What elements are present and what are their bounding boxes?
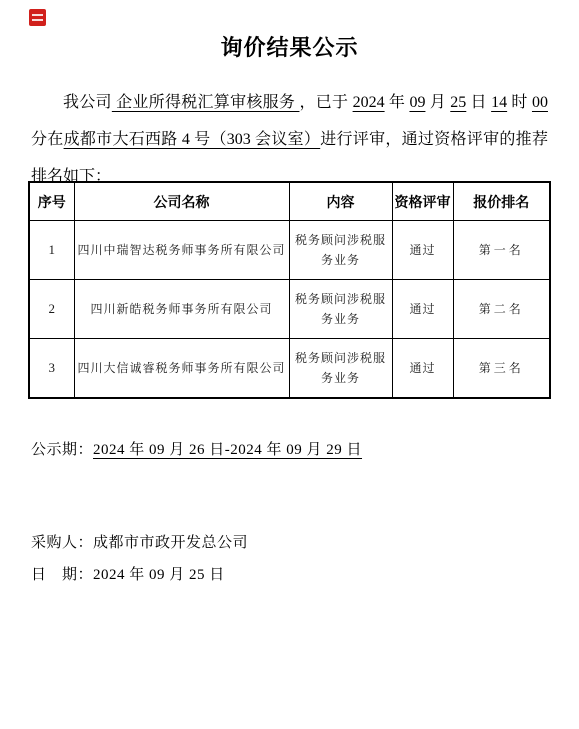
table-header-row: 序号 公司名称 内容 资格评审 报价排名: [29, 182, 550, 221]
intro-paragraph: 我公司 企业所得税汇算审核服务 ，已于 2024 年 09 月 25 日 14 …: [31, 84, 548, 195]
paragraph-segment: 日: [466, 94, 491, 111]
page-title: 询价结果公示: [0, 31, 579, 62]
publicity-period-line: 公示期：2024 年 09 月 26 日-2024 年 09 月 29 日: [31, 438, 362, 459]
paragraph-segment-underlined: 14: [491, 94, 507, 111]
paragraph-segment: 时: [507, 94, 532, 111]
purchaser-label: 采购人：: [31, 535, 93, 551]
paragraph-segment: ，已于: [299, 94, 352, 111]
cell-serial-number: 2: [29, 280, 74, 339]
cell-content: 税务顾问涉税服务业务: [289, 280, 392, 339]
cell-rank: 第三名: [453, 339, 550, 399]
cell-company-name: 四川大信诚睿税务师事务所有限公司: [74, 339, 289, 399]
cell-serial-number: 3: [29, 339, 74, 399]
paragraph-segment-underlined: 企业所得税汇算审核服务: [112, 94, 300, 111]
cell-qualification: 通过: [392, 339, 453, 399]
table-row: 2 四川新皓税务师事务所有限公司 税务顾问涉税服务业务 通过 第二名: [29, 280, 550, 339]
header-company-name: 公司名称: [74, 182, 289, 221]
table-row: 3 四川大信诚睿税务师事务所有限公司 税务顾问涉税服务业务 通过 第三名: [29, 339, 550, 399]
table-row: 1 四川中瑞智达税务师事务所有限公司 税务顾问涉税服务业务 通过 第一名: [29, 221, 550, 280]
publicity-period-value: 2024 年 09 月 26 日-2024 年 09 月 29 日: [93, 442, 362, 458]
paragraph-segment-underlined: 25: [450, 94, 466, 111]
header-content: 内容: [289, 182, 392, 221]
date-label: 日 期：: [31, 567, 93, 583]
paragraph-segment: 月: [425, 94, 450, 111]
purchaser-value: 成都市市政开发总公司: [93, 535, 248, 551]
cell-content: 税务顾问涉税服务业务: [289, 221, 392, 280]
cell-qualification: 通过: [392, 221, 453, 280]
paragraph-segment-underlined: 成都市大石西路 4 号（303 会议室）: [64, 131, 321, 148]
paragraph-segment: 分在: [31, 131, 64, 148]
header-serial-number: 序号: [29, 182, 74, 221]
date-value: 2024 年 09 月 25 日: [93, 567, 225, 583]
paragraph-segment-underlined: 00: [532, 94, 548, 111]
document-page: 询价结果公示 我公司 企业所得税汇算审核服务 ，已于 2024 年 09 月 2…: [0, 0, 579, 729]
cell-content: 税务顾问涉税服务业务: [289, 339, 392, 399]
cell-company-name: 四川新皓税务师事务所有限公司: [74, 280, 289, 339]
cell-rank: 第一名: [453, 221, 550, 280]
header-qualification-review: 资格评审: [392, 182, 453, 221]
paragraph-segment-underlined: 2024: [353, 94, 385, 111]
cell-company-name: 四川中瑞智达税务师事务所有限公司: [74, 221, 289, 280]
paragraph-segment: 年: [385, 94, 410, 111]
date-line: 日 期：2024 年 09 月 25 日: [31, 563, 225, 584]
paragraph-segment: 我公司: [63, 94, 112, 111]
cell-serial-number: 1: [29, 221, 74, 280]
cell-rank: 第二名: [453, 280, 550, 339]
paragraph-segment-underlined: 09: [409, 94, 425, 111]
purchaser-line: 采购人：成都市市政开发总公司: [31, 531, 248, 552]
red-stamp-icon: [29, 9, 46, 26]
cell-qualification: 通过: [392, 280, 453, 339]
header-quote-ranking: 报价排名: [453, 182, 550, 221]
publicity-period-label: 公示期：: [31, 442, 93, 458]
ranking-table: 序号 公司名称 内容 资格评审 报价排名 1 四川中瑞智达税务师事务所有限公司 …: [28, 181, 551, 399]
